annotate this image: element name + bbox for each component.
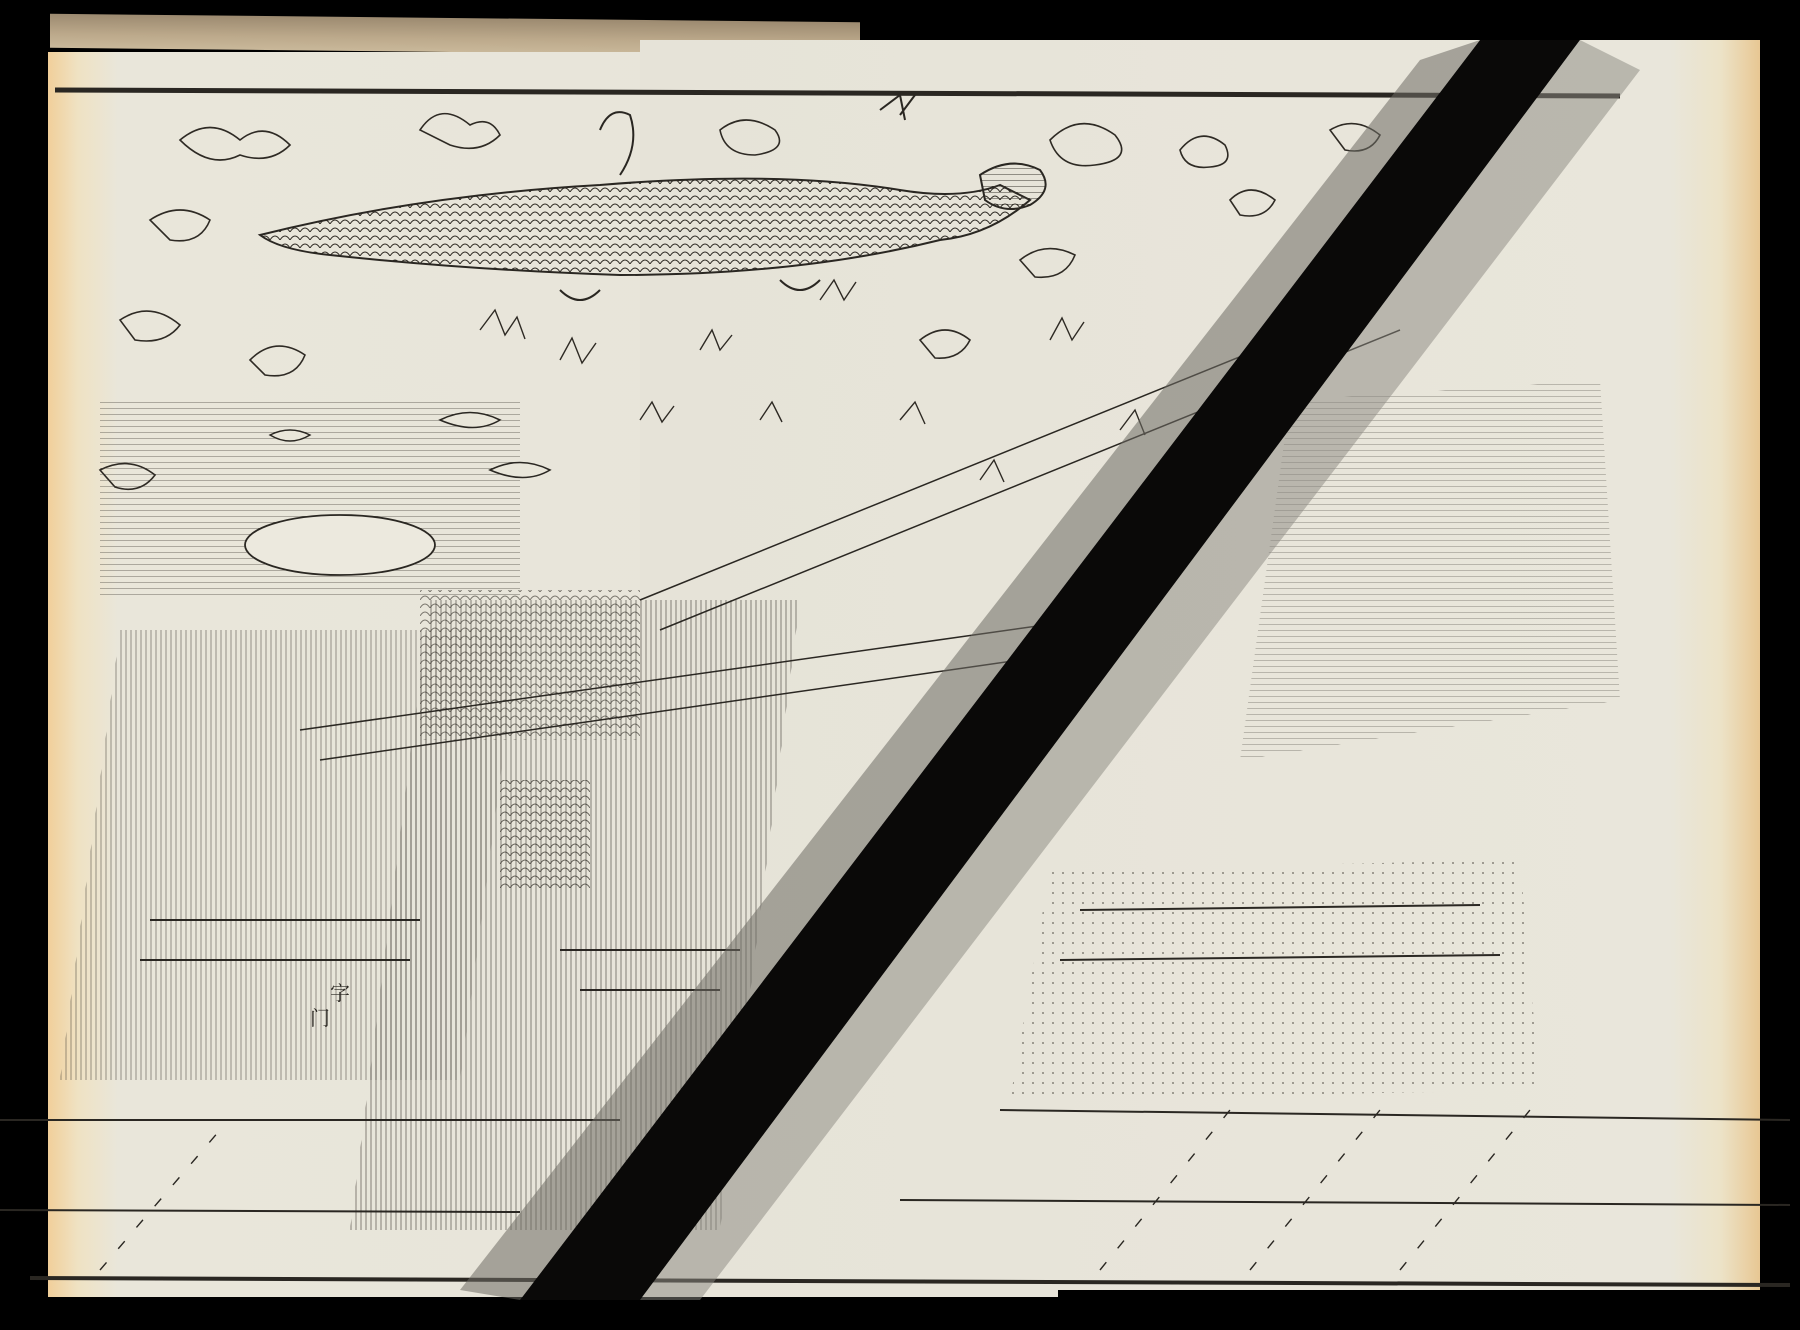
frame-top-line <box>55 90 1620 96</box>
lattice-panel <box>420 590 640 740</box>
inscription-glyph: 字 <box>330 981 350 1005</box>
fish-pond <box>100 400 550 600</box>
dragon <box>260 95 1046 300</box>
frame-bottom-line <box>30 1278 1790 1285</box>
pond-island <box>245 515 435 575</box>
print-scan: 字 门 <box>0 0 1800 1330</box>
garden-foliage <box>480 280 1145 482</box>
illustration: 字 门 <box>0 0 1800 1330</box>
inscription-glyph: 门 <box>310 1006 330 1030</box>
